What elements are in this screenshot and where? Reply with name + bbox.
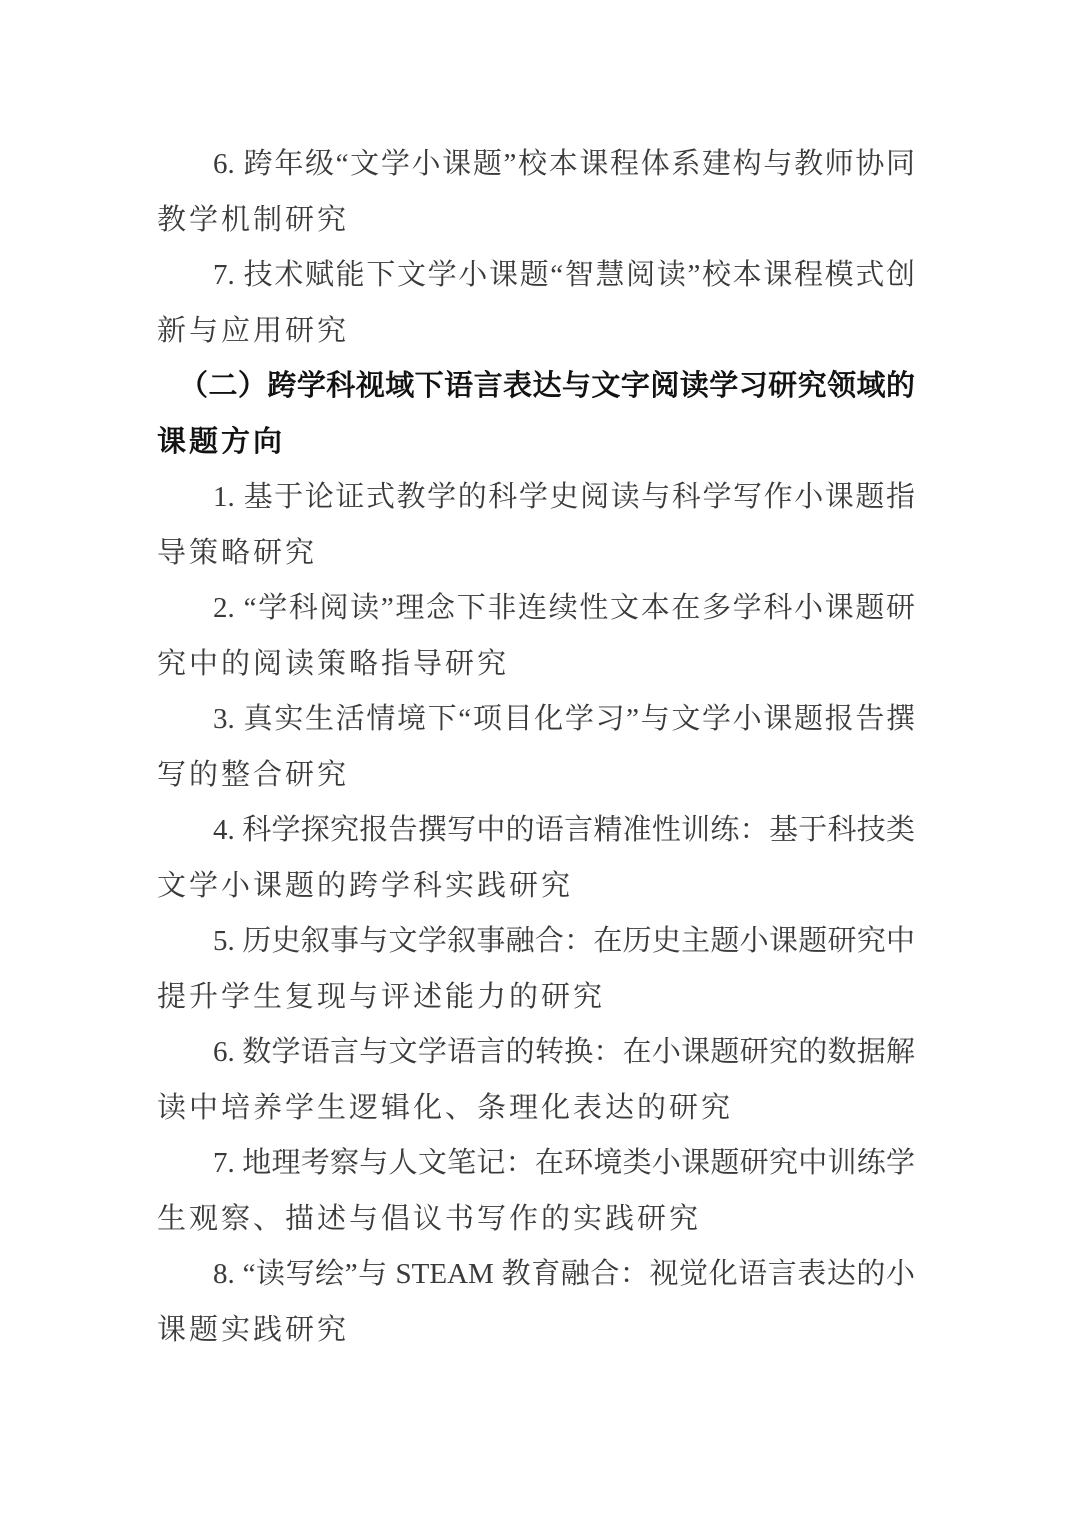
topic-line: 8. “读写绘”与 STEAM 教育融合：视觉化语言表达的小 [157, 1247, 915, 1303]
topic-line: 究中的阅读策略指导研究 [157, 637, 915, 693]
topic-line: 课题实践研究 [157, 1303, 915, 1359]
topic-line: 1. 基于论证式教学的科学史阅读与科学写作小课题指 [157, 470, 915, 526]
topic-line: 导策略研究 [157, 526, 915, 582]
topic-line: 5. 历史叙事与文学叙事融合：在历史主题小课题研究中 [157, 914, 915, 970]
section-heading-line: 课题方向 [157, 415, 915, 471]
topic-line: 读中培养学生逻辑化、条理化表达的研究 [157, 1081, 915, 1137]
topic-line: 7. 技术赋能下文学小课题“智慧阅读”校本课程模式创 [157, 248, 915, 304]
topic-line: 7. 地理考察与人文笔记：在环境类小课题研究中训练学 [157, 1136, 915, 1192]
topic-line: 2. “学科阅读”理念下非连续性文本在多学科小课题研 [157, 581, 915, 637]
topic-line: 4. 科学探究报告撰写中的语言精准性训练：基于科技类 [157, 803, 915, 859]
topic-line: 6. 数学语言与文学语言的转换：在小课题研究的数据解 [157, 1025, 915, 1081]
topic-line: 教学机制研究 [157, 193, 915, 249]
document-body: 6. 跨年级“文学小课题”校本课程体系建构与教师协同教学机制研究7. 技术赋能下… [157, 137, 915, 1358]
topic-line: 提升学生复现与评述能力的研究 [157, 970, 915, 1026]
section-heading-line: （二）跨学科视域下语言表达与文字阅读学习研究领域的 [157, 359, 915, 415]
topic-line: 写的整合研究 [157, 748, 915, 804]
page: 6. 跨年级“文学小课题”校本课程体系建构与教师协同教学机制研究7. 技术赋能下… [0, 0, 1080, 1526]
topic-line: 生观察、描述与倡议书写作的实践研究 [157, 1192, 915, 1248]
topic-line: 3. 真实生活情境下“项目化学习”与文学小课题报告撰 [157, 692, 915, 748]
topic-line: 6. 跨年级“文学小课题”校本课程体系建构与教师协同 [157, 137, 915, 193]
topic-line: 文学小课题的跨学科实践研究 [157, 859, 915, 915]
topic-line: 新与应用研究 [157, 304, 915, 360]
